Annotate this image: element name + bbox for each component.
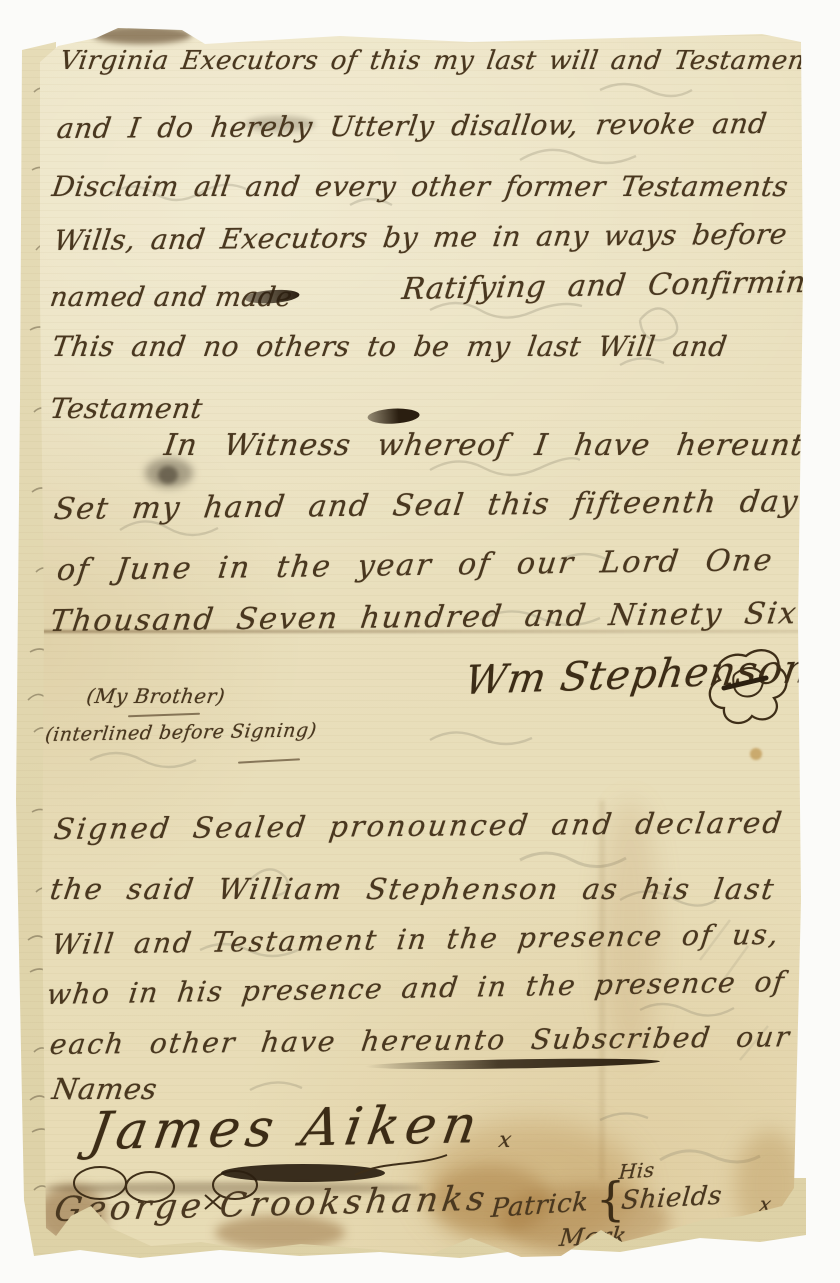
attestation-line: Signed Sealed pronounced and declared by xyxy=(52,805,840,846)
witness-clause-line: In Witness whereof I have hereunto xyxy=(162,428,825,463)
manuscript-page: Virginia Executors of this my last will … xyxy=(0,0,840,1283)
margin-note-line: (My Brother) xyxy=(85,684,227,708)
manuscript-line: Disclaim all and every other former Test… xyxy=(50,170,790,203)
manuscript-line: and I do hereby Utterly disallow, revoke… xyxy=(55,107,769,145)
scanner-background: { "colors": { "paper": "#e9dfbc", "under… xyxy=(0,0,840,1283)
seal-flourish xyxy=(700,642,792,730)
manuscript-line: Wills, and Executors by me in any ways b… xyxy=(52,218,789,257)
manuscript-line: Virginia Executors of this my last will … xyxy=(58,46,818,76)
manuscript-line: This and no others to be my last Will an… xyxy=(50,330,729,363)
manuscript-line: Ratifying and Confirming xyxy=(400,265,828,307)
manuscript-line: Testament xyxy=(48,392,205,425)
witness-signature-shields: Shields xyxy=(620,1181,723,1216)
attestation-line: the said William Stephenson as his last xyxy=(48,872,778,906)
